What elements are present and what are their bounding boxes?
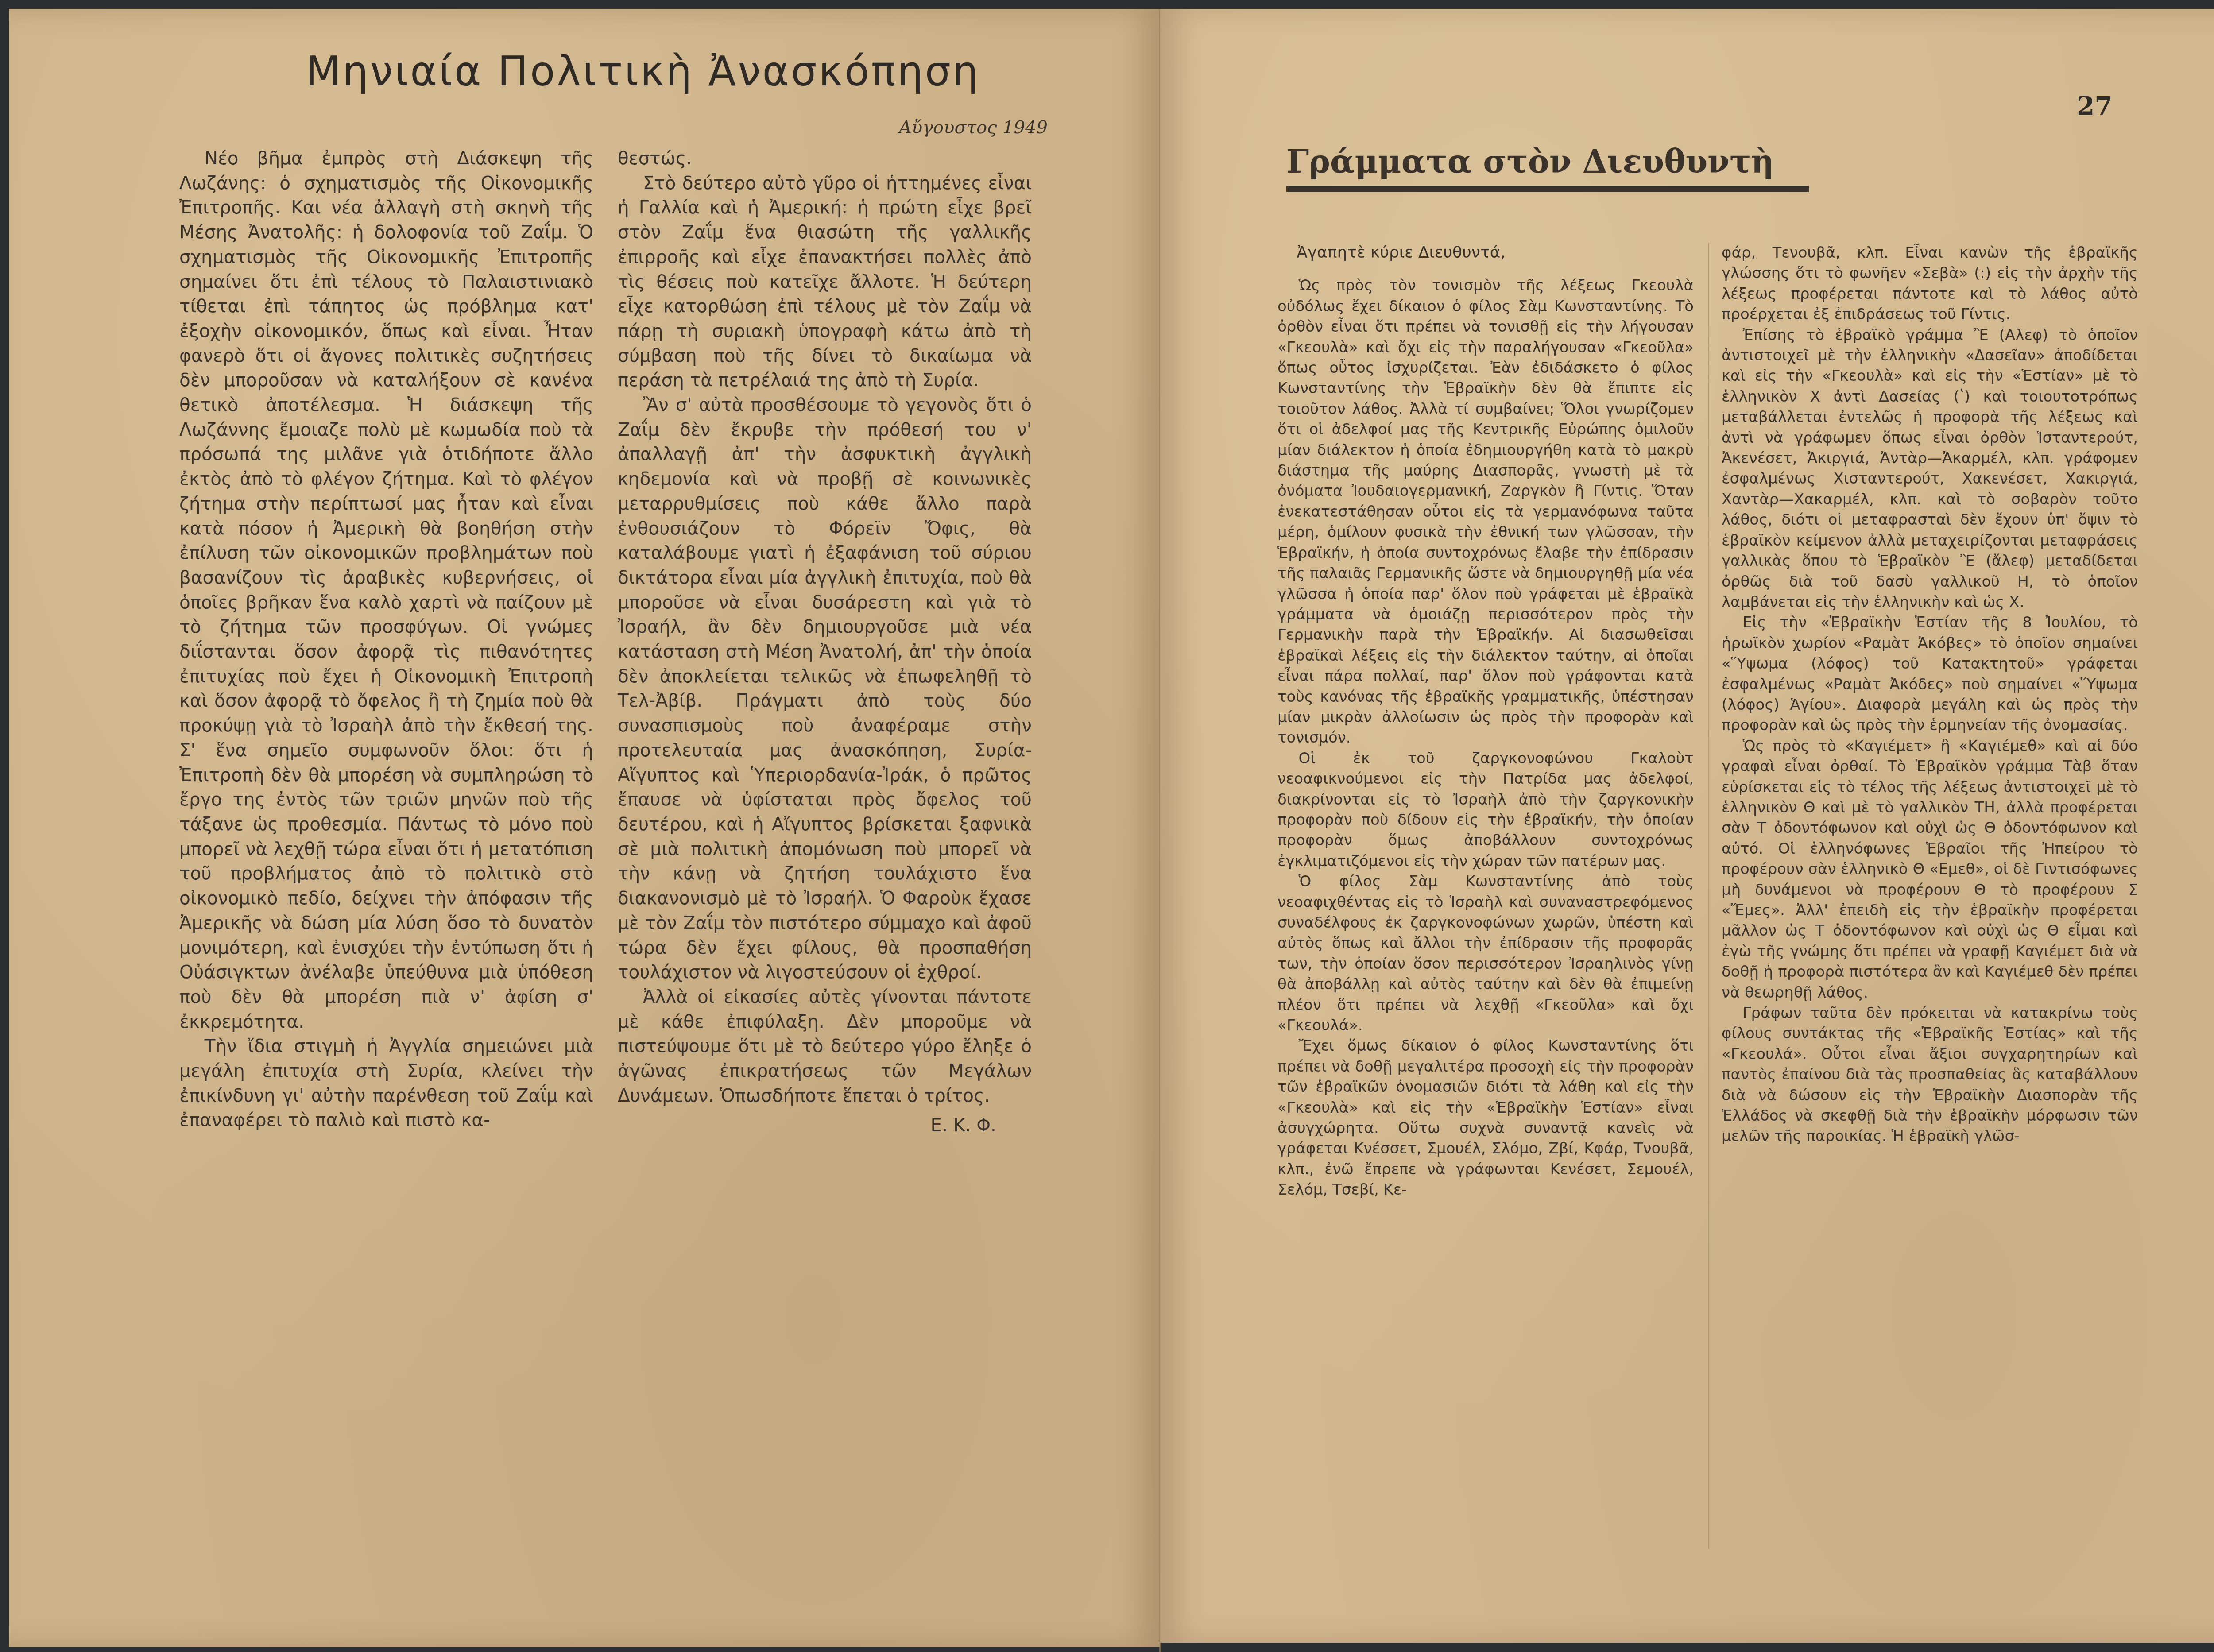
paragraph: Νέο βῆμα ἐμπρὸς στὴ Διάσκεψη τῆς Λωζάνης…: [179, 146, 593, 1034]
title-underline: [1286, 186, 1809, 192]
paragraph: Ὡς πρὸς τὸν τονισμὸν τῆς λέξεως Γκεουλὰ …: [1277, 275, 1694, 748]
left-column-2: θεστώς. Στὸ δεύτερο αὐτὸ γῦρο οἱ ἡττημέν…: [618, 146, 1032, 1138]
paragraph: Γράφων ταῦτα δὲν πρόκειται νὰ κατακρίνω …: [1722, 1003, 2138, 1147]
paragraph: Ἂν σ' αὐτὰ προσθέσουμε τὸ γεγονὸς ὅτι ὁ …: [618, 393, 1032, 985]
paragraph: φάρ, Τενουβᾶ, κλπ. Εἶναι κανὼν τῆς ἑβραϊ…: [1722, 243, 2138, 325]
paragraph: Στὸ δεύτερο αὐτὸ γῦρο οἱ ἡττημένες εἶναι…: [618, 171, 1032, 393]
column-divider: [1708, 243, 1709, 1549]
letter-salutation: Ἀγαπητὲ κύριε Διευθυντά,: [1277, 243, 1694, 263]
article-title: Μηνιαία Πολιτικὴ Ἀνασκόπηση: [306, 48, 980, 95]
right-column-1: Ἀγαπητὲ κύριε Διευθυντά, Ὡς πρὸς τὸν τον…: [1277, 243, 1694, 1200]
paragraph: Ἔχει ὅμως δίκαιον ὁ φίλος Κωνσταντίνης ὅ…: [1277, 1036, 1694, 1200]
author-signature: Ε. Κ. Φ.: [618, 1113, 1032, 1138]
paragraph: Εἰς τὴν «Ἑβραϊκὴν Ἑστίαν τῆς 8 Ἰουλίου, …: [1722, 612, 2138, 735]
paragraph: Οἱ ἐκ τοῦ ζαργκονοφώνου Γκαλοὺτ νεοαφικν…: [1277, 748, 1694, 871]
paragraph: Τὴν ἴδια στιγμὴ ἡ Ἀγγλία σημειώνει μιὰ μ…: [179, 1034, 593, 1133]
section-title: Γράμματα στὸν Διευθυντὴ: [1286, 143, 1774, 180]
page-number: 27: [2077, 91, 2113, 121]
paragraph: Ἀλλὰ οἱ εἰκασίες αὐτὲς γίνονται πάντοτε …: [618, 985, 1032, 1108]
article-date: Αὔγουστος 1949: [899, 117, 1048, 138]
paragraph: Ὡς πρὸς τὸ «Καγιέμετ» ἢ «Καγιέμεθ» καὶ α…: [1722, 736, 2138, 1003]
paragraph: Ἐπίσης τὸ ἑβραϊκὸ γράμμα Ἒ (Αλεφ) τὸ ὁπο…: [1722, 325, 2138, 613]
paragraph: θεστώς.: [618, 146, 1032, 171]
paragraph: Ὁ φίλος Σὰμ Κωνσταντίνης ἀπὸ τοὺς νεοαφι…: [1277, 871, 1694, 1036]
left-column-1: Νέο βῆμα ἐμπρὸς στὴ Διάσκεψη τῆς Λωζάνης…: [179, 146, 593, 1133]
left-page: Μηνιαία Πολιτικὴ Ἀνασκόπηση Αὔγουστος 19…: [9, 9, 1160, 1647]
right-page: 27 Γράμματα στὸν Διευθυντὴ Ἀγαπητὲ κύριε…: [1160, 9, 2214, 1643]
right-column-2: φάρ, Τενουβᾶ, κλπ. Εἶναι κανὼν τῆς ἑβραϊ…: [1722, 243, 2138, 1147]
